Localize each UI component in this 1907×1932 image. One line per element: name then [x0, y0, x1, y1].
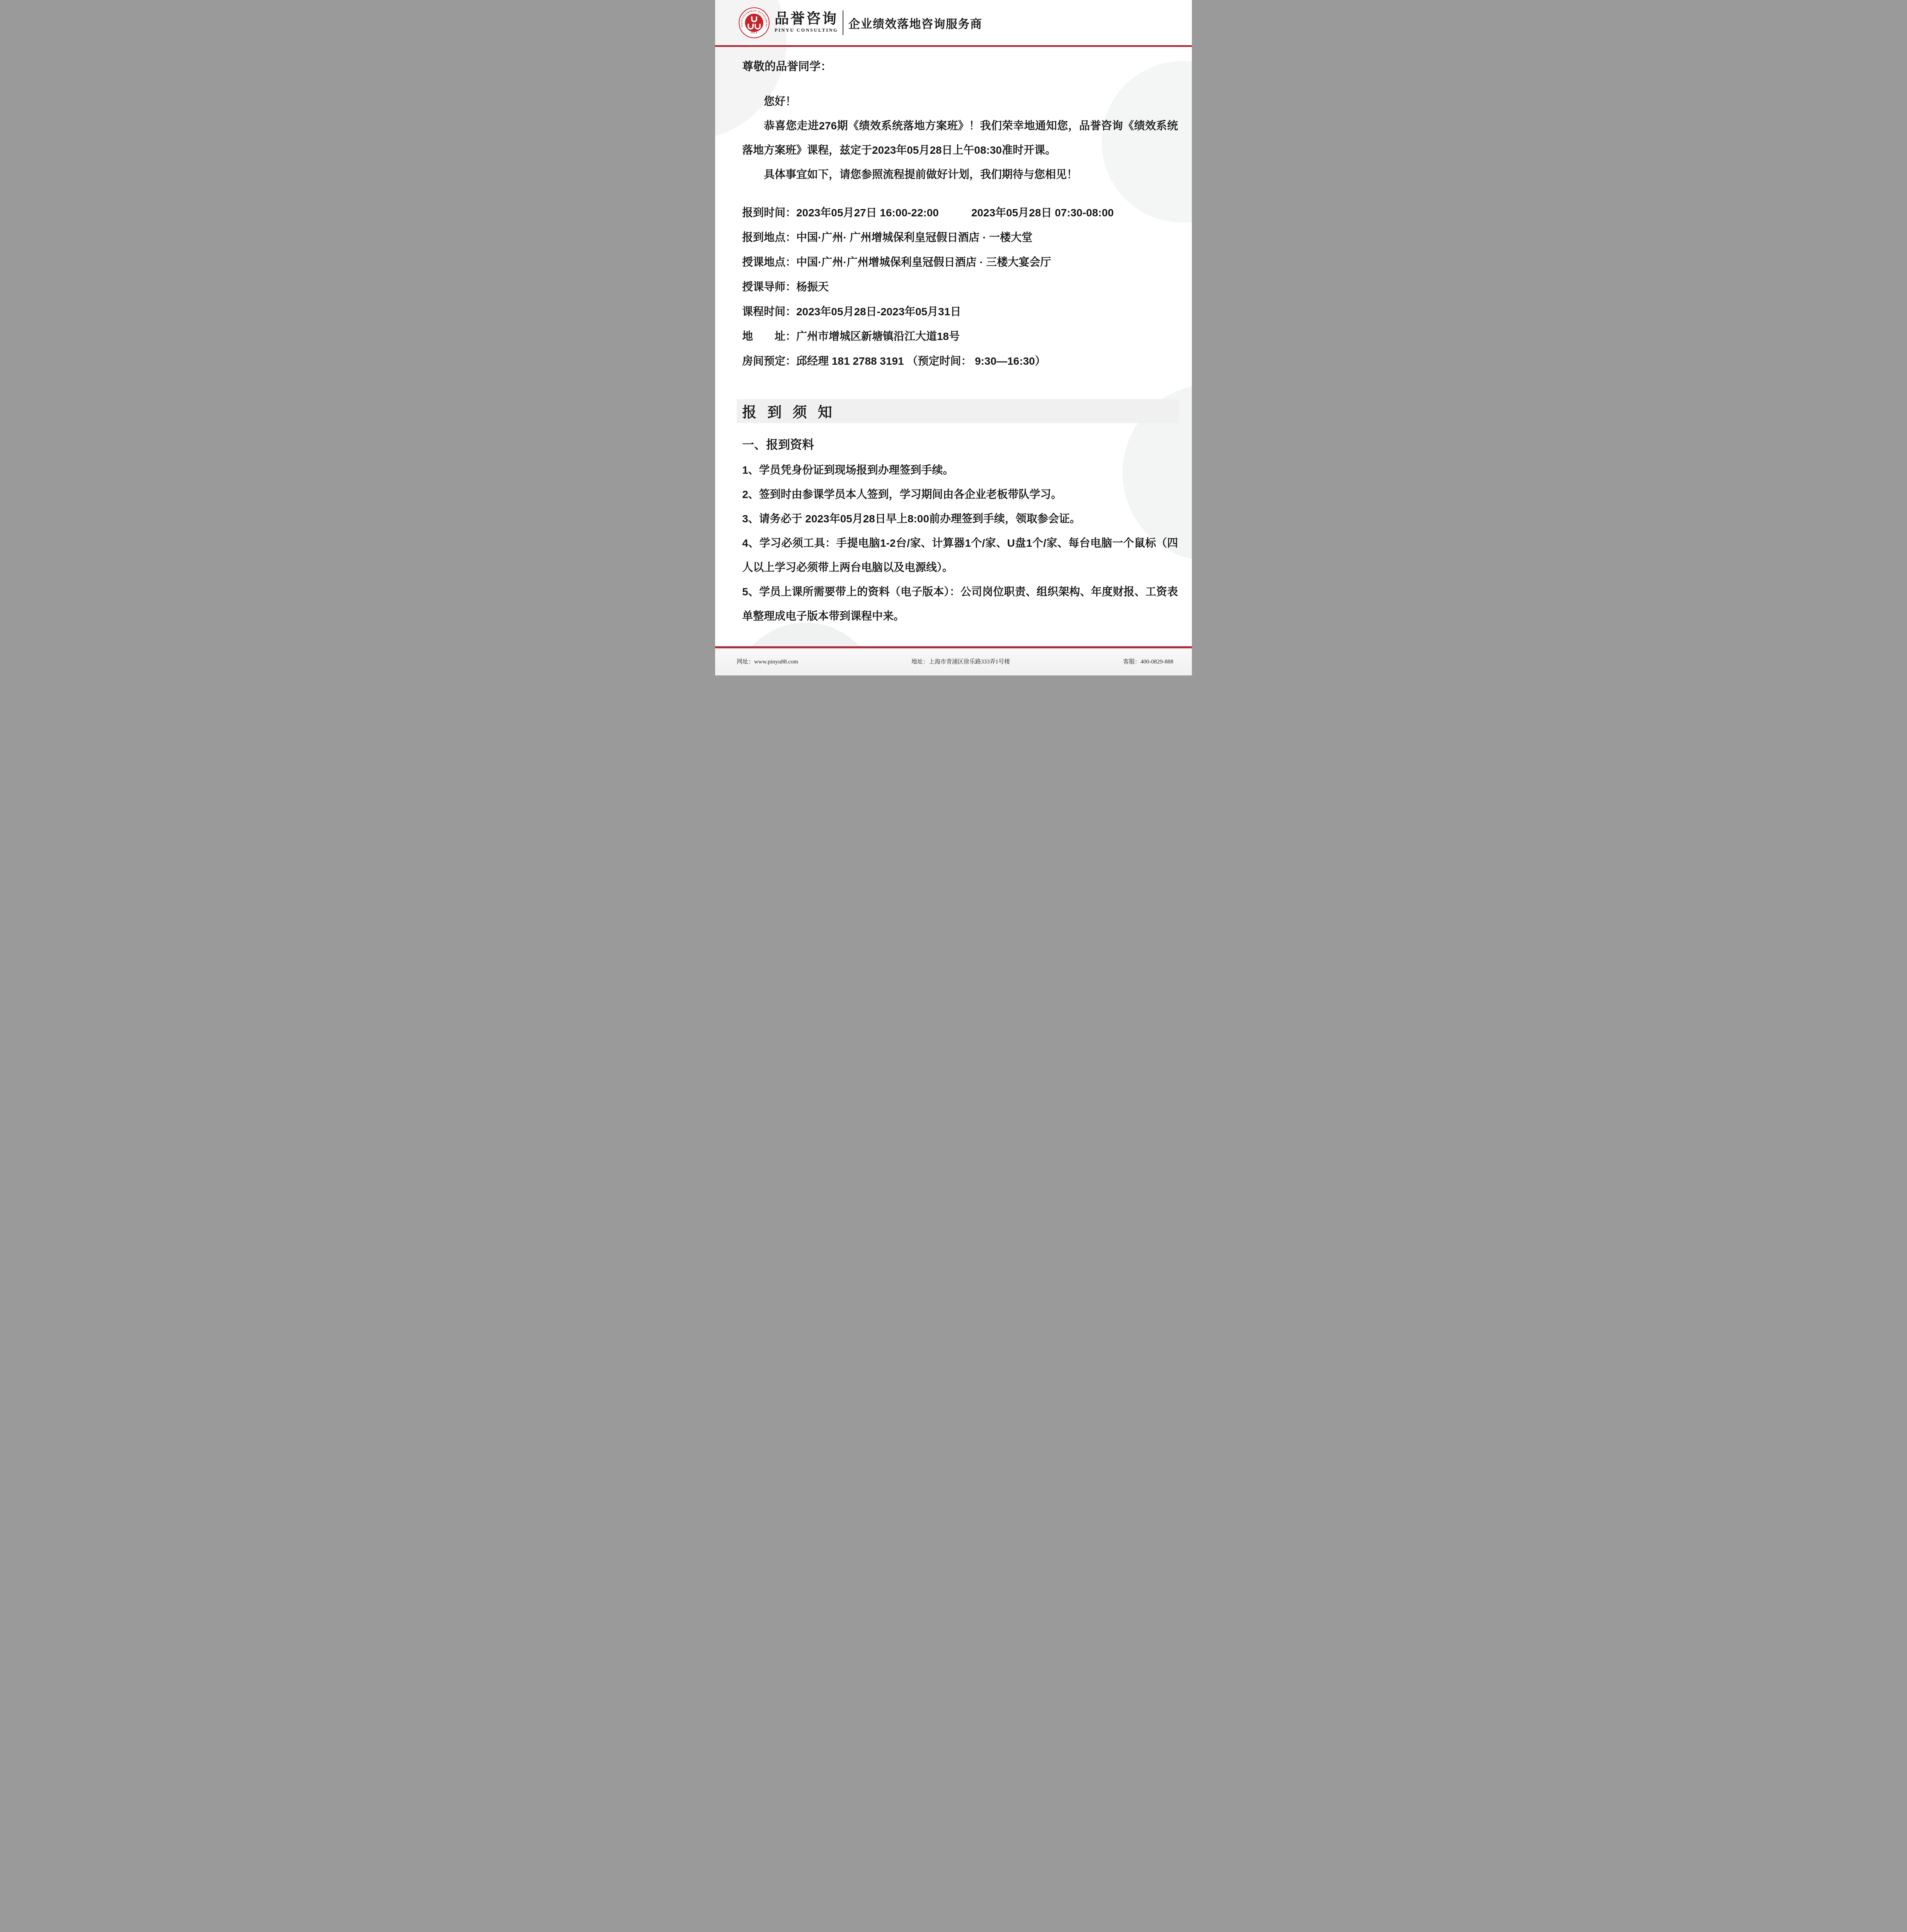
- pinyu-seal-logo-icon: PINYU ENTERPRISE MANAGEMENT 2014: [738, 7, 770, 39]
- notice-item-5: 5、学员上课所需要带上的资料（电子版本）：公司岗位职责、组织架构、年度财报、工资…: [742, 580, 1178, 628]
- detail-row-checkin-time: 报到时间：2023年05月27日 16:00-22:00 2023年05月28日…: [742, 201, 1178, 225]
- detail-label: 地 址：: [742, 330, 796, 342]
- detail-row-class-location: 授课地点：中国·广州·广州增城保利皇冠假日酒店 · 三楼大宴会厅: [742, 250, 1178, 275]
- footer-red-rule: [715, 646, 1192, 649]
- detail-row-room-booking: 房间预定：邱经理 181 2788 3191 （预定时间： 9:30—16:30…: [742, 349, 1178, 374]
- logo-text-block: 品誉咨询 PINYU CONSULTING: [775, 12, 838, 34]
- notice-item-1: 1、学员凭身份证到现场报到办理签到手续。: [742, 458, 1178, 482]
- logo-divider: [843, 10, 843, 35]
- detail-value: 2023年05月27日 16:00-22:00 2023年05月28日 07:3…: [796, 207, 1114, 219]
- footer-website: 网址：www.pinyu88.com: [737, 657, 798, 665]
- detail-value: 杨振天: [796, 281, 829, 293]
- notice-banner-title: 报 到 须 知: [742, 401, 836, 422]
- detail-row-course-dates: 课程时间：2023年05月28日-2023年05月31日: [742, 299, 1178, 324]
- detail-value: 邱经理 181 2788 3191 （预定时间： 9:30—16:30）: [796, 355, 1046, 367]
- paragraph-instructions: 具体事宜如下，请您参照流程提前做好计划，我们期待与您相见！: [742, 162, 1178, 187]
- notice-item-3: 3、请务必于 2023年05月28日早上8:00前办理签到手续，领取参会证。: [742, 507, 1178, 531]
- footer-service-phone: 客服：400-0829-888: [1123, 657, 1173, 665]
- salutation: 尊敬的品誉同学：: [742, 55, 1178, 79]
- notice-section-title: 一、报到资料: [742, 436, 1178, 454]
- letter-body: 尊敬的品誉同学： 您好！ 恭喜您走进276期《绩效系统落地方案班》！我们荣幸地通…: [715, 48, 1192, 374]
- seal-inner-disc: [745, 14, 763, 32]
- greeting-line: 您好！: [742, 89, 1178, 114]
- detail-label: 授课地点：: [742, 256, 796, 268]
- detail-value: 2023年05月28日-2023年05月31日: [796, 306, 961, 318]
- footer-address: 地址：上海市青浦区徐乐路333弄1号楼: [911, 657, 1010, 665]
- notice-list: 1、学员凭身份证到现场报到办理签到手续。 2、签到时由参课学员本人签到，学习期间…: [742, 458, 1178, 628]
- detail-row-checkin-location: 报到地点：中国·广州· 广州增城保利皇冠假日酒店 · 一楼大堂: [742, 225, 1178, 250]
- notice-banner: 报 到 须 知: [737, 399, 1179, 423]
- footer: 网址：www.pinyu88.com 地址：上海市青浦区徐乐路333弄1号楼 客…: [715, 646, 1192, 675]
- detail-value: 中国·广州·广州增城保利皇冠假日酒店 · 三楼大宴会厅: [796, 256, 1051, 268]
- notice-item-4: 4、学习必须工具：手提电脑1-2台/家、计算器1个/家、U盘1个/家、每台电脑一…: [742, 531, 1178, 580]
- logo-english-name: PINYU CONSULTING: [775, 27, 838, 33]
- notice-item-2: 2、签到时由参课学员本人签到，学习期间由各企业老板带队学习。: [742, 482, 1178, 507]
- header: PINYU ENTERPRISE MANAGEMENT 2014 品誉咨询 PI…: [715, 0, 1192, 45]
- detail-label: 授课导师：: [742, 281, 796, 293]
- paragraph-announcement: 恭喜您走进276期《绩效系统落地方案班》！我们荣幸地通知您，品誉咨询《绩效系统落…: [742, 114, 1178, 162]
- header-tagline: 企业绩效落地咨询服务商: [848, 14, 982, 31]
- detail-row-address: 地 址：广州市增城区新塘镇沿江大道18号: [742, 324, 1178, 349]
- letter-page: PINYU ENTERPRISE MANAGEMENT 2014 品誉咨询 PI…: [715, 0, 1192, 675]
- detail-value: 广州市增城区新塘镇沿江大道18号: [796, 330, 960, 342]
- logo-chinese-name: 品誉咨询: [775, 12, 838, 27]
- detail-row-instructor: 授课导师：杨振天: [742, 275, 1178, 299]
- detail-label: 课程时间：: [742, 306, 796, 318]
- header-red-rule: [715, 45, 1192, 48]
- detail-list: 报到时间：2023年05月27日 16:00-22:00 2023年05月28日…: [742, 201, 1178, 374]
- detail-label: 房间预定：: [742, 355, 796, 367]
- detail-label: 报到地点：: [742, 231, 796, 243]
- detail-label: 报到时间：: [742, 207, 796, 219]
- detail-value: 中国·广州· 广州增城保利皇冠假日酒店 · 一楼大堂: [796, 231, 1032, 243]
- footer-bar: 网址：www.pinyu88.com 地址：上海市青浦区徐乐路333弄1号楼 客…: [715, 649, 1192, 675]
